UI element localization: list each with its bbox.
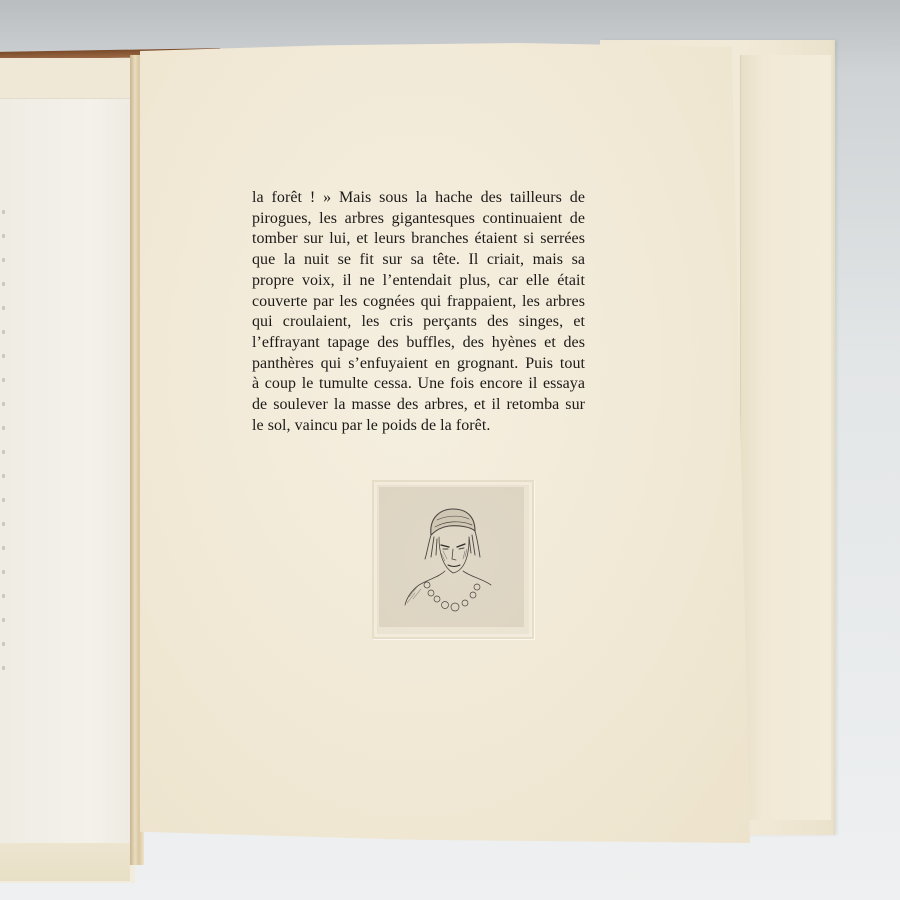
right-page	[140, 43, 750, 843]
left-page-text-bleed	[2, 210, 8, 670]
text-line: panthères qui s’enfuyaient en grognant. …	[252, 354, 585, 375]
page-body-text: la forêt ! » Mais sous la hache des tail…	[252, 188, 585, 436]
text-line: couverte par les cognées qui frappaient,…	[252, 292, 585, 313]
left-page-edge	[0, 843, 130, 881]
book-photo: la forêt ! » Mais sous la hache des tail…	[0, 0, 900, 900]
text-line: la forêt ! » Mais sous la hache des tail…	[252, 188, 585, 209]
text-line: de soulever la masse des arbres, et il r…	[252, 395, 585, 416]
etching-portrait-illustration	[379, 487, 524, 627]
right-page-stack	[740, 55, 831, 820]
text-line: pirogues, les arbres gigantesques contin…	[252, 209, 585, 230]
left-page	[0, 98, 130, 844]
text-line: qui croulaient, les cris perçants des si…	[252, 312, 585, 333]
portrait-sketch-icon	[379, 487, 524, 627]
text-line: l’effrayant tapage des buffles, des hyèn…	[252, 333, 585, 354]
text-line: propre voix, il ne l’entendait plus, car…	[252, 271, 585, 292]
text-line: tomber sur lui, et leurs branches étaien…	[252, 229, 585, 250]
text-line: à coup le tumulte cessa. Une fois encore…	[252, 374, 585, 395]
text-line: le sol, vaincu par le poids de la forêt.	[252, 416, 585, 437]
text-line: que la nuit se fit sur sa tête. Il criai…	[252, 250, 585, 271]
